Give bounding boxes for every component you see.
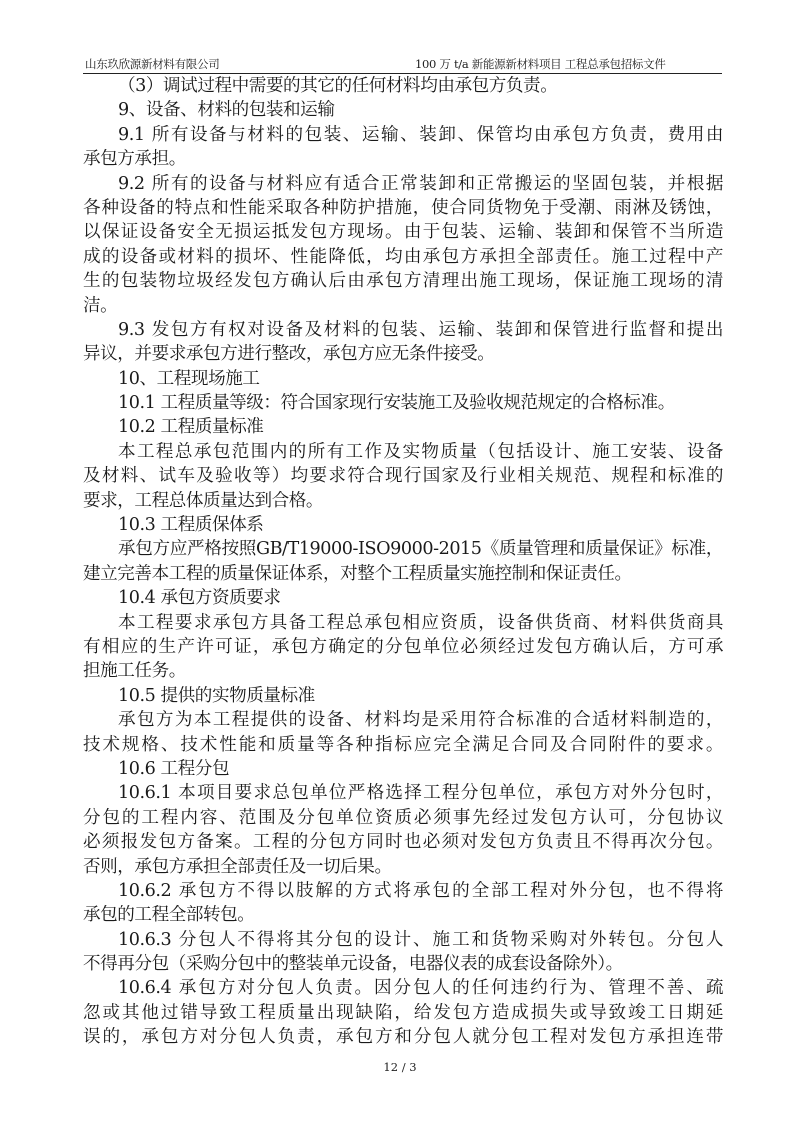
- text-line: 要求，工程总体质量达到合格。: [83, 489, 723, 513]
- text-line: 10.6.4 承包方对分包人负责。因分包人的任何违约行为、管理不善、疏: [83, 976, 723, 1000]
- text-line: 本工程要求承包方具备工程总承包相应资质，设备供货商、材料供货商具: [83, 611, 723, 635]
- text-line: 9、设备、材料的包装和运输: [83, 98, 723, 122]
- text-line: 及材料、试车及验收等）均要求符合现行国家及行业相关规范、规程和标准的: [83, 464, 723, 488]
- text-line: 不得再分包（采购分包中的整装单元设备，电器仪表的成套设备除外）。: [83, 952, 723, 976]
- page-number: 12 / 3: [383, 1060, 416, 1074]
- text-line: 10.2 工程质量标准: [83, 415, 723, 439]
- text-line: 承包方为本工程提供的设备、材料均是采用符合标准的合适材料制造的，: [83, 708, 723, 732]
- text-line: 担施工任务。: [83, 659, 723, 683]
- text-line: 10.1 工程质量等级：符合国家现行安装施工及验收规范规定的合格标准。: [83, 391, 723, 415]
- text-line: 10.4 承包方资质要求: [83, 586, 723, 610]
- text-line: 忽或其他过错导致工程质量出现缺陷，给发包方造成损失或导致竣工日期延: [83, 1001, 723, 1025]
- text-line: 洁。: [83, 294, 723, 318]
- text-line: 生的包装物垃圾经发包方确认后由承包方清理出施工现场，保证施工现场的清: [83, 269, 723, 293]
- text-line: 10、工程现场施工: [83, 367, 723, 391]
- text-line: 9.1 所有设备与材料的包装、运输、装卸、保管均由承包方负责，费用由: [83, 123, 723, 147]
- page-header: 山东玖欣源新材料有限公司 100 万 t/a 新能源新材料项目 工程总承包招标文…: [83, 56, 722, 74]
- header-company-name: 山东玖欣源新材料有限公司: [85, 56, 219, 72]
- text-line: 承包方承担。: [83, 147, 723, 171]
- text-line: 各种设备的特点和性能采取各种防护措施，使合同货物免于受潮、雨淋及锈蚀，: [83, 196, 723, 220]
- text-line: 否则，承包方承担全部责任及一切后果。: [83, 855, 723, 879]
- text-line: 成的设备或材料的损坏、性能降低，均由承包方承担全部责任。施工过程中产: [83, 245, 723, 269]
- text-line: 10.3 工程质保体系: [83, 513, 723, 537]
- text-line: 分包的工程内容、范围及分包单位资质必须事先经过发包方认可，分包协议: [83, 806, 723, 830]
- text-line: （3）调试过程中需要的其它的任何材料均由承包方负责。: [83, 74, 723, 98]
- text-line: 本工程总承包范围内的所有工作及实物质量（包括设计、施工安装、设备: [83, 440, 723, 464]
- page-footer: 12 / 3: [0, 1060, 800, 1074]
- header-project-title: 100 万 t/a 新能源新材料项目 工程总承包招标文件: [415, 56, 666, 72]
- text-line: 10.6.2 承包方不得以肢解的方式将承包的全部工程对外分包，也不得将: [83, 879, 723, 903]
- text-line: 误的，承包方对分包人负责，承包方和分包人就分包工程对发包方承担连带: [83, 1025, 723, 1049]
- text-line: 有相应的生产许可证，承包方确定的分包单位必须经过发包方确认后，方可承: [83, 635, 723, 659]
- text-line: 以保证设备安全无损运抵发包方现场。由于包装、运输、装卸和保管不当所造: [83, 220, 723, 244]
- text-line: 承包的工程全部转包。: [83, 903, 723, 927]
- text-line: 必须报发包方备案。工程的分包方同时也必须对发包方负责且不得再次分包。: [83, 830, 723, 854]
- text-line: 技术规格、技术性能和质量等各种指标应完全满足合同及合同附件的要求。: [83, 733, 723, 757]
- text-line: 10.6.3 分包人不得将其分包的设计、施工和货物采购对外转包。分包人: [83, 928, 723, 952]
- text-line: 建立完善本工程的质量保证体系，对整个工程质量实施控制和保证责任。: [83, 562, 723, 586]
- text-line: 异议，并要求承包方进行整改，承包方应无条件接受。: [83, 342, 723, 366]
- text-line: 承包方应严格按照GB/T19000-ISO9000-2015《质量管理和质量保证…: [83, 537, 723, 561]
- text-line: 10.6 工程分包: [83, 757, 723, 781]
- text-line: 9.2 所有的设备与材料应有适合正常装卸和正常搬运的坚固包装，并根据: [83, 172, 723, 196]
- text-line: 10.6.1 本项目要求总包单位严格选择工程分包单位，承包方对外分包时，: [83, 781, 723, 805]
- text-line: 9.3 发包方有权对设备及材料的包装、运输、装卸和保管进行监督和提出: [83, 318, 723, 342]
- text-line: 10.5 提供的实物质量标准: [83, 684, 723, 708]
- document-body: （3）调试过程中需要的其它的任何材料均由承包方负责。9、设备、材料的包装和运输9…: [83, 74, 723, 1050]
